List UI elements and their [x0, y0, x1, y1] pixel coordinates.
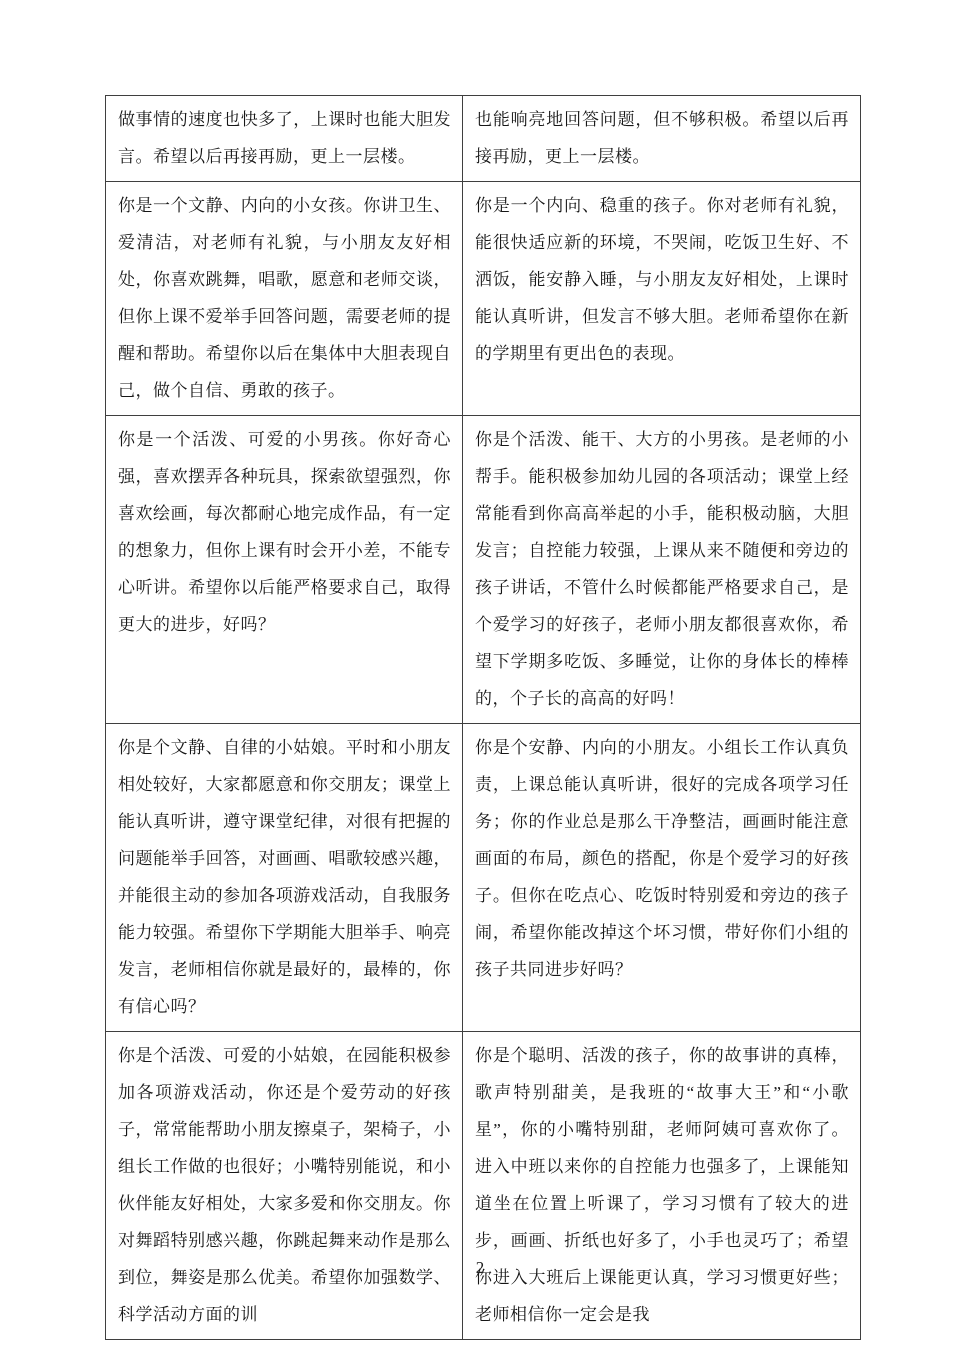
table-row: 做事情的速度也快多了，上课时也能大胆发言。希望以后再接再励，更上一层楼。 也能响…: [106, 96, 861, 182]
comment-cell-left: 你是一个活泼、可爱的小男孩。你好奇心强，喜欢摆弄各种玩具，探索欲望强烈，你喜欢绘…: [106, 416, 463, 724]
comment-cell-right: 你是个聪明、活泼的孩子，你的故事讲的真棒，歌声特别甜美，是我班的“故事大王”和“…: [463, 1032, 861, 1340]
comment-cell-right: 你是一个内向、稳重的孩子。你对老师有礼貌，能很快适应新的环境，不哭闹，吃饭卫生好…: [463, 182, 861, 416]
document-page: 做事情的速度也快多了，上课时也能大胆发言。希望以后再接再励，更上一层楼。 也能响…: [0, 0, 960, 1358]
comment-cell-left: 你是一个文静、内向的小女孩。你讲卫生、爱清洁，对老师有礼貌，与小朋友友好相处，你…: [106, 182, 463, 416]
table-row: 你是个文静、自律的小姑娘。平时和小朋友相处较好，大家都愿意和你交朋友；课堂上能认…: [106, 724, 861, 1032]
page-number: 2: [0, 1258, 960, 1278]
comments-table: 做事情的速度也快多了，上课时也能大胆发言。希望以后再接再励，更上一层楼。 也能响…: [105, 95, 861, 1340]
comment-cell-right: 你是个安静、内向的小朋友。小组长工作认真负责，上课总能认真听讲，很好的完成各项学…: [463, 724, 861, 1032]
table-row: 你是一个活泼、可爱的小男孩。你好奇心强，喜欢摆弄各种玩具，探索欲望强烈，你喜欢绘…: [106, 416, 861, 724]
table-row: 你是一个文静、内向的小女孩。你讲卫生、爱清洁，对老师有礼貌，与小朋友友好相处，你…: [106, 182, 861, 416]
comment-cell-right: 也能响亮地回答问题，但不够积极。希望以后再接再励，更上一层楼。: [463, 96, 861, 182]
comment-cell-left: 做事情的速度也快多了，上课时也能大胆发言。希望以后再接再励，更上一层楼。: [106, 96, 463, 182]
comment-cell-right: 你是个活泼、能干、大方的小男孩。是老师的小帮手。能积极参加幼儿园的各项活动；课堂…: [463, 416, 861, 724]
comment-cell-left: 你是个文静、自律的小姑娘。平时和小朋友相处较好，大家都愿意和你交朋友；课堂上能认…: [106, 724, 463, 1032]
comment-cell-left: 你是个活泼、可爱的小姑娘，在园能积极参加各项游戏活动，你还是个爱劳动的好孩子，常…: [106, 1032, 463, 1340]
table-row: 你是个活泼、可爱的小姑娘，在园能积极参加各项游戏活动，你还是个爱劳动的好孩子，常…: [106, 1032, 861, 1340]
